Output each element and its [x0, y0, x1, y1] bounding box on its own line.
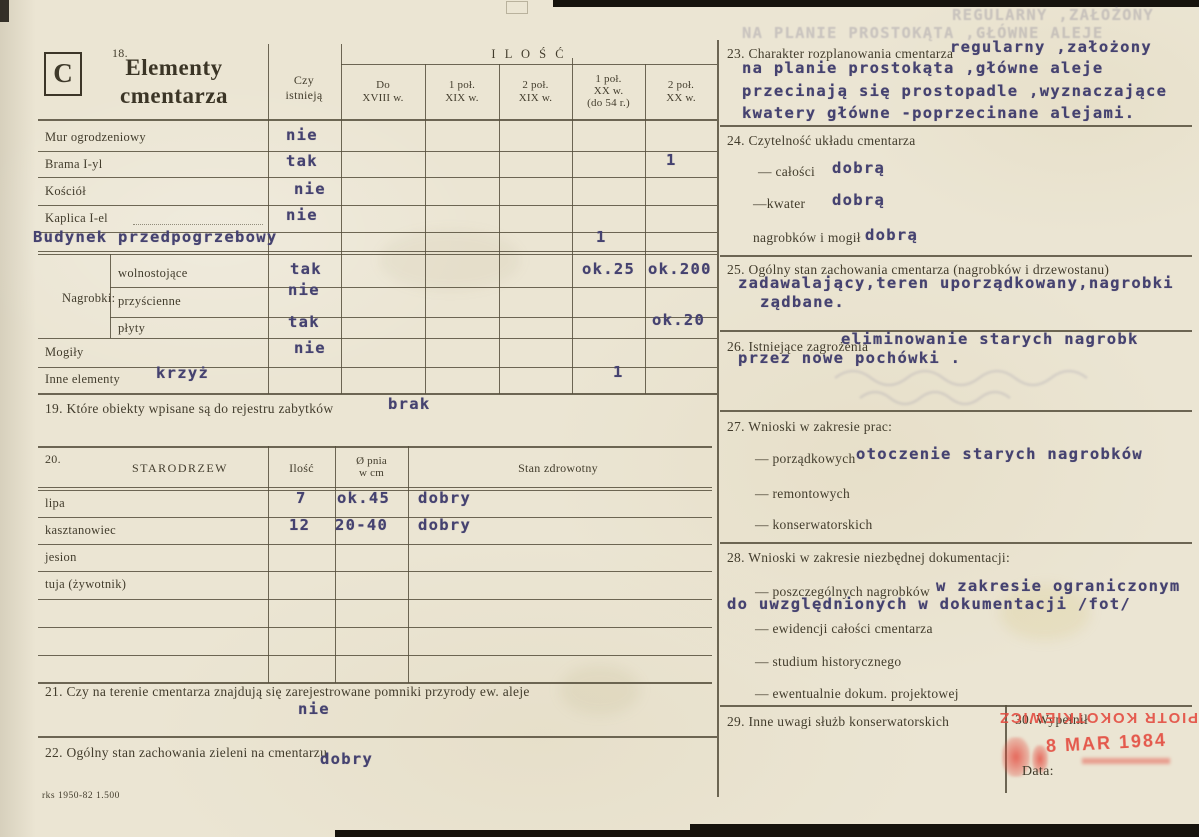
qty-col-2-line2: XIX w.	[425, 92, 499, 104]
typed-answer-27-porzadkowych: otoczenie starych nagrobków	[856, 445, 1143, 463]
rule-line	[38, 571, 712, 572]
row-label-przyscienne: przyścienne	[118, 294, 181, 309]
item-27-porzadkowych: — porządkowych	[755, 451, 856, 467]
typed-inne-value: krzyż	[156, 364, 209, 382]
ghost-typed-line: REGULARNY ,ZAŁOŻONY	[952, 6, 1154, 24]
typed-tree-state: dobry	[418, 489, 471, 507]
typed-answer-25-line1: zadawalający,teren uporządkowany,nagrobk…	[738, 274, 1174, 292]
rule-line	[341, 64, 717, 65]
rule-line	[720, 255, 1192, 257]
typed-qty-wolnostojace-1: ok.25	[582, 260, 635, 278]
typed-answer-28-line2: do uwzględnionych w dokumentacji /fot/	[727, 595, 1131, 613]
scanned-form-page: C 18. Elementy cmentarza Czy istnieją I …	[0, 0, 1199, 837]
typed-qty-plyty: ok.20	[652, 311, 705, 329]
question-22-label: 22. Ogólny stan zachowania zieleni na cm…	[45, 745, 327, 761]
rule-line	[110, 317, 717, 318]
typed-exists-wolnostojace: tak	[290, 260, 322, 278]
col-header-ilosc: Ilość	[268, 461, 335, 476]
qty-col-5-line2: XX w.	[645, 92, 717, 104]
qty-col-3-line2: XIX w.	[499, 92, 572, 104]
form-code-letter: C	[46, 54, 80, 92]
item-28-projektowej: — ewentualnie dokum. projektowej	[755, 686, 959, 702]
rule-line	[38, 338, 717, 339]
qty-col-4-line3: (do 54 r.)	[572, 97, 645, 109]
question-29-label: 29. Inne uwagi służb konserwatorskich	[727, 714, 949, 730]
typed-answer-23-line3: przecinają się prostopadle ,wyznaczające	[742, 82, 1167, 100]
typed-answer-22: dobry	[320, 750, 373, 768]
typed-exists-brama: tak	[286, 152, 318, 170]
typed-answer-25-line2: ządbane.	[760, 293, 845, 311]
item-28-ewidencji: — ewidencji całości cmentarza	[755, 621, 933, 637]
item-24-kwater: —kwater	[753, 196, 805, 212]
panel-divider-line	[717, 40, 719, 797]
rule-line	[499, 64, 500, 394]
typed-exists-przyscienne: nie	[288, 281, 320, 299]
rule-line	[38, 251, 717, 252]
row-label-wolnostojace: wolnostojące	[118, 266, 188, 281]
rule-line	[425, 64, 426, 394]
col-exists-header-line2: istnieją	[270, 88, 338, 103]
row-label-mur: Mur ogrodzeniowy	[45, 130, 146, 145]
date-stamp: 8 MAR 1984	[1046, 730, 1168, 757]
item-24-calosci: — całości	[758, 164, 815, 180]
rule-line	[38, 655, 712, 656]
typed-qty-inne: 1	[613, 363, 624, 381]
typed-exists-mogily: nie	[294, 339, 326, 357]
qty-col-2-line1: 1 poł.	[425, 79, 499, 91]
dotted-filler	[133, 224, 263, 225]
scan-edge-bottom-left	[335, 830, 700, 837]
tree-row-name: kasztanowiec	[45, 523, 116, 538]
row-label-kosciol: Kościół	[45, 184, 86, 199]
rule-line	[341, 44, 342, 394]
qty-col-5-line1: 2 poł.	[645, 79, 717, 91]
rule-line	[38, 446, 712, 448]
rule-line	[268, 44, 269, 394]
rule-line	[38, 487, 712, 488]
typed-answer-21: nie	[298, 700, 330, 718]
row-label-mogily: Mogiły	[45, 345, 84, 360]
scan-corner-mark	[0, 0, 9, 22]
typed-exists-kosciol: nie	[294, 180, 326, 198]
typed-qty-wolnostojace-2: ok.200	[648, 260, 712, 278]
rule-line	[720, 542, 1192, 544]
col-exists-header-line1: Czy	[270, 73, 338, 88]
typed-qty-budynek: 1	[596, 228, 607, 246]
section-18-title-line1: Elementy	[104, 55, 244, 81]
col-header-diameter-line1: Ø pnia	[335, 455, 408, 467]
typed-tree-diameter: ok.45	[337, 489, 390, 507]
typed-answer-19: brak	[388, 395, 431, 413]
typed-answer-23-line2: na planie prostokąta ,główne aleje	[742, 59, 1103, 77]
rule-line	[110, 287, 717, 288]
ghost-handwriting	[855, 384, 1035, 408]
rule-line	[572, 58, 573, 394]
rule-line	[38, 736, 717, 738]
date-field-label: Data:	[1022, 764, 1054, 780]
rule-line	[38, 599, 712, 600]
typed-exists-plyty: tak	[288, 313, 320, 331]
typed-tree-qty: 7	[296, 489, 307, 507]
typed-tree-qty: 12	[289, 516, 310, 534]
rule-line	[38, 151, 717, 152]
typed-answer-24-calosci: dobrą	[832, 159, 885, 177]
item-27-konserwatorskich: — konserwatorskich	[755, 517, 873, 533]
form-code-box: C	[44, 52, 82, 96]
qty-col-4-line2: XX w.	[572, 85, 645, 97]
item-24-nagrobkow: nagrobków i mogił	[753, 230, 861, 246]
rule-line	[720, 410, 1192, 412]
form-print-code: rks 1950-82 1.500	[42, 791, 120, 801]
table-20-title: STARODRZEW	[95, 461, 265, 476]
rule-line	[38, 254, 717, 255]
question-19-label: 19. Które obiekty wpisane są do rejestru…	[45, 401, 333, 417]
rule-line	[268, 446, 269, 683]
typed-answer-24-kwater: dobrą	[832, 191, 885, 209]
row-label-brama: Brama I-yl	[45, 157, 103, 172]
rule-line	[408, 446, 409, 683]
qty-col-1-line2: XVIII w.	[341, 92, 425, 104]
rule-line	[335, 446, 336, 683]
typed-tree-diameter: 20-40	[335, 516, 388, 534]
left-edge-shade	[0, 0, 36, 837]
typed-answer-24-nagrobkow: dobrą	[865, 226, 918, 244]
typed-answer-23-line4: kwatery główne -poprzecinane alejami.	[742, 104, 1135, 122]
typed-qty-brama: 1	[666, 151, 677, 169]
paper-tab-mark	[506, 1, 528, 14]
typed-exists-kaplica: nie	[286, 206, 318, 224]
rule-line	[38, 627, 712, 628]
typed-exists-mur: nie	[286, 126, 318, 144]
name-stamp: PIOTR KOKOTKIEWICZ	[1006, 709, 1198, 726]
row-label-inne: Inne elementy	[45, 372, 120, 387]
rule-line	[38, 177, 717, 178]
stamp-ink-smudge	[1082, 758, 1170, 764]
typed-answer-28-line1: w zakresie ograniczonym	[936, 577, 1181, 595]
paper-stain	[560, 665, 640, 715]
table-20-number: 20.	[45, 452, 61, 467]
rule-line	[720, 125, 1192, 127]
qty-col-3-line1: 2 poł.	[499, 79, 572, 91]
qty-col-4-line1: 1 poł.	[572, 73, 645, 85]
row-label-kaplica: Kaplica I-el	[45, 211, 108, 226]
scan-edge-bottom-right	[690, 824, 1199, 837]
tree-row-name: tuja (żywotnik)	[45, 577, 126, 592]
question-21-label: 21. Czy na terenie cmentarza znajdują si…	[45, 684, 530, 700]
typed-tree-state: dobry	[418, 516, 471, 534]
row-label-plyty: płyty	[118, 321, 145, 336]
question-28-label: 28. Wnioski w zakresie niezbędnej dokume…	[727, 550, 1010, 566]
rule-line	[38, 119, 717, 121]
group-label-nagrobki: Nagrobki:	[62, 291, 115, 306]
tree-row-name: lipa	[45, 496, 65, 511]
rule-line	[38, 205, 717, 206]
typed-answer-26-line1: eliminowanie starych nagrobk	[841, 330, 1139, 348]
qty-header: I L O Ś Ć	[341, 47, 717, 62]
rule-line	[645, 64, 646, 394]
qty-col-1-line1: Do	[341, 79, 425, 91]
typed-answer-23-line1: regularny ,założony	[950, 38, 1152, 56]
rule-line	[720, 705, 1192, 707]
tree-row-name: jesion	[45, 550, 77, 565]
rule-line	[38, 544, 712, 545]
rule-line	[38, 393, 717, 395]
typed-row-budynek: Budynek przedpogrzebowy	[33, 228, 278, 246]
col-header-state: Stan zdrowotny	[408, 461, 708, 476]
item-27-remontowych: — remontowych	[755, 486, 850, 502]
item-28-studium: — studium historycznego	[755, 654, 901, 670]
col-header-diameter-line2: w cm	[335, 467, 408, 479]
question-27-label: 27. Wnioski w zakresie prac:	[727, 419, 892, 435]
question-24-label: 24. Czytelność układu cmentarza	[727, 133, 916, 149]
rule-line	[110, 254, 111, 338]
section-18-title-line2: cmentarza	[104, 83, 244, 109]
